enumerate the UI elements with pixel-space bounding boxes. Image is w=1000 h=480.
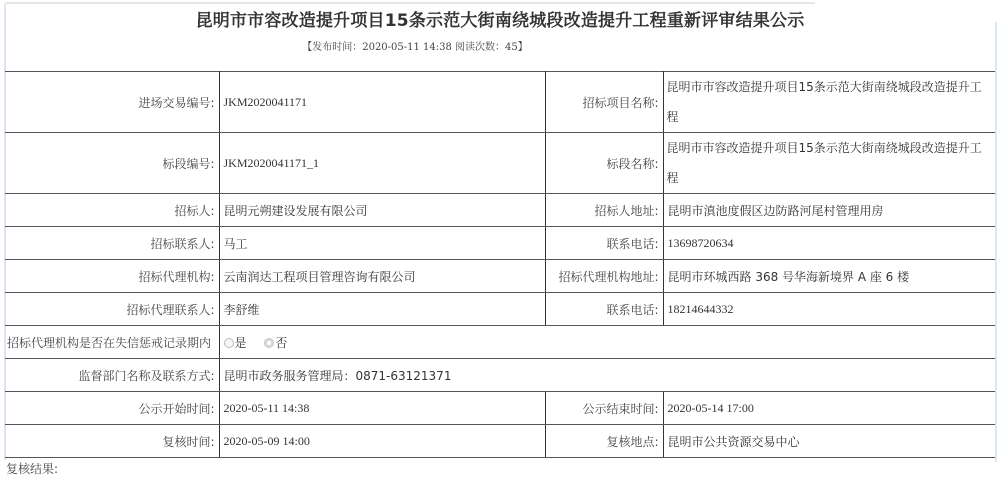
table-row: 公示开始时间: 2020-05-11 14:38 公示结束时间: 2020-05… <box>5 392 995 425</box>
tenderer-phone-label: 联系电话: <box>545 227 663 260</box>
table-row: 监督部门名称及联系方式: 昆明市政务服务管理局：0871-63121371 <box>5 359 995 392</box>
table-row: 招标代理机构是否在失信惩戒记录期内 是 否 <box>5 326 995 359</box>
agency-phone-label: 联系电话: <box>545 293 663 326</box>
section-name-value: 昆明市市容改造提升项目15条示范大街南绕城段改造提升工程 <box>663 133 995 194</box>
supervisor-value: 昆明市政务服务管理局：0871-63121371 <box>219 359 995 392</box>
table-row: 招标联系人: 马工 联系电话: 13698720634 <box>5 227 995 260</box>
publicity-end-label: 公示结束时间: <box>545 392 663 425</box>
tenderer-label: 招标人: <box>5 194 219 227</box>
credit-record-label: 招标代理机构是否在失信惩戒记录期内 <box>5 326 219 359</box>
publicity-start-value: 2020-05-11 14:38 <box>219 392 545 425</box>
project-name-value: 昆明市市容改造提升项目15条示范大街南绕城段改造提升工程 <box>663 72 995 133</box>
right-border <box>995 22 997 462</box>
agency-contact-label: 招标代理联系人: <box>5 293 219 326</box>
publicity-end-value: 2020-05-14 17:00 <box>663 392 995 425</box>
tenderer-contact-value: 马工 <box>219 227 545 260</box>
agency-label: 招标代理机构: <box>5 260 219 293</box>
agency-contact-value: 李舒维 <box>219 293 545 326</box>
table-row: 招标代理机构: 云南润达工程项目管理咨询有限公司 招标代理机构地址: 昆明市环城… <box>5 260 995 293</box>
agency-address-label: 招标代理机构地址: <box>545 260 663 293</box>
radio-no[interactable] <box>264 338 274 348</box>
supervisor-label: 监督部门名称及联系方式: <box>5 359 219 392</box>
tenderer-address-value: 昆明市滇池度假区边防路河尾村管理用房 <box>663 194 995 227</box>
project-name-label: 招标项目名称: <box>545 72 663 133</box>
review-time-value: 2020-05-09 14:00 <box>219 425 545 458</box>
tenderer-value: 昆明元朔建设发展有限公司 <box>219 194 545 227</box>
credit-record-options: 是 否 <box>219 326 995 359</box>
trade-number-value: JKM2020041171 <box>219 72 545 133</box>
tenderer-phone-value: 13698720634 <box>663 227 995 260</box>
table-row: 进场交易编号: JKM2020041171 招标项目名称: 昆明市市容改造提升项… <box>5 72 995 133</box>
review-location-value: 昆明市公共资源交易中心 <box>663 425 995 458</box>
table-row: 复核时间: 2020-05-09 14:00 复核地点: 昆明市公共资源交易中心 <box>5 425 995 458</box>
agency-value: 云南润达工程项目管理咨询有限公司 <box>219 260 545 293</box>
section-number-value: JKM2020041171_1 <box>219 133 545 194</box>
radio-no-label[interactable]: 否 <box>275 336 287 350</box>
publish-meta: 【发布时间：2020-05-11 14:38 阅读次数：45】 <box>0 38 830 53</box>
section-number-label: 标段编号: <box>5 133 219 194</box>
announcement-table: 进场交易编号: JKM2020041171 招标项目名称: 昆明市市容改造提升项… <box>5 71 995 458</box>
table-row: 招标人: 昆明元朔建设发展有限公司 招标人地址: 昆明市滇池度假区边防路河尾村管… <box>5 194 995 227</box>
top-divider <box>5 2 815 4</box>
review-location-label: 复核地点: <box>545 425 663 458</box>
review-time-label: 复核时间: <box>5 425 219 458</box>
section-name-label: 标段名称: <box>545 133 663 194</box>
page-title: 昆明市市容改造提升项目15条示范大街南绕城段改造提升工程重新评审结果公示 <box>0 6 1000 31</box>
radio-yes[interactable] <box>224 338 234 348</box>
publicity-start-label: 公示开始时间: <box>5 392 219 425</box>
table-row: 标段编号: JKM2020041171_1 标段名称: 昆明市市容改造提升项目1… <box>5 133 995 194</box>
review-result-label: 复核结果: <box>6 460 58 477</box>
table-row: 招标代理联系人: 李舒维 联系电话: 18214644332 <box>5 293 995 326</box>
tenderer-address-label: 招标人地址: <box>545 194 663 227</box>
tenderer-contact-label: 招标联系人: <box>5 227 219 260</box>
agency-address-value: 昆明市环城西路 368 号华海新境界 A 座 6 楼 <box>663 260 995 293</box>
radio-yes-label[interactable]: 是 <box>235 336 247 350</box>
trade-number-label: 进场交易编号: <box>5 72 219 133</box>
agency-phone-value: 18214644332 <box>663 293 995 326</box>
